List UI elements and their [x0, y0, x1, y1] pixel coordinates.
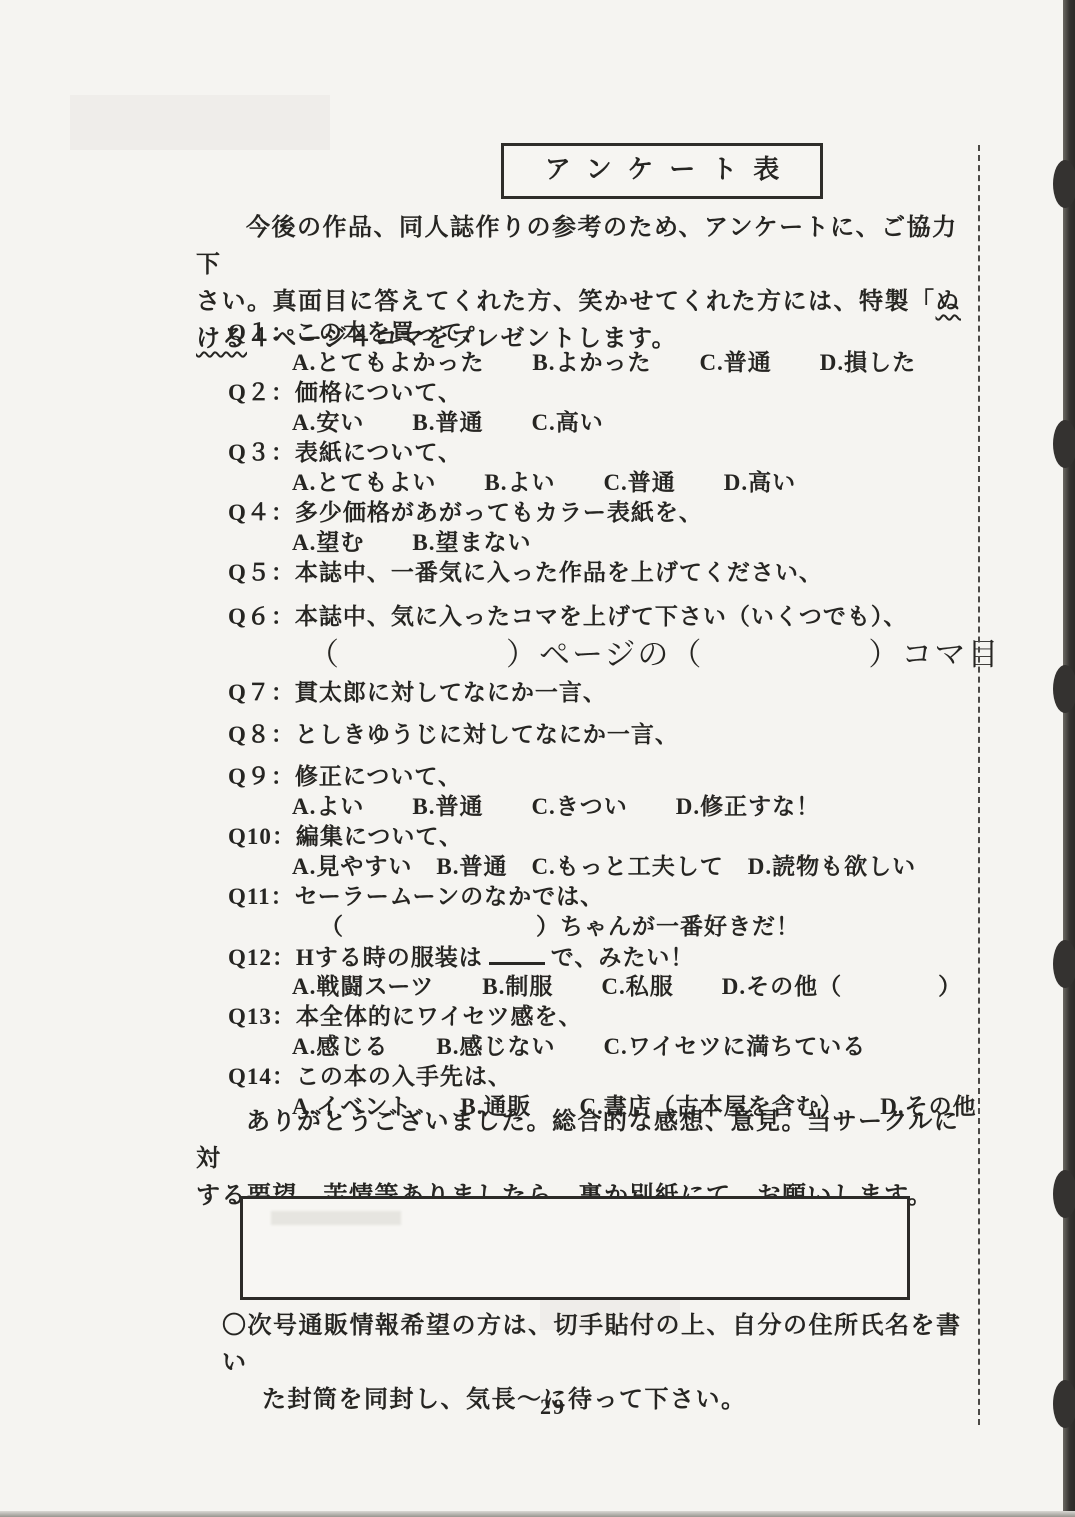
- question-q1-prompt: Q１：この本を買って、: [228, 318, 973, 348]
- question-q12-options: A.戦闘スーツ B.制服 C.私服 D.その他（ ）: [228, 972, 973, 1002]
- footer-note: 〇次号通販情報希望の方は、切手貼付の上、自分の住所氏名を書い た封筒を同封し、気…: [222, 1308, 982, 1419]
- question-q8-prompt: Q８：としきゆうじに対してなにか一言、: [228, 720, 973, 750]
- scan-edge: [0, 1511, 1075, 1517]
- dashed-cut-line: [978, 145, 980, 1425]
- scan-edge: [1063, 0, 1075, 1517]
- scan-streak: [70, 95, 330, 150]
- intro-line: 今後の作品、同人誌作りの参考のため、アンケートに、ご協力下: [196, 210, 971, 284]
- question-q9-prompt: Q９：修正について、: [228, 762, 973, 792]
- question-q12-prompt: Q12：Hする時の服装はで、みたい！: [228, 942, 973, 972]
- scan-edge-bump: [1053, 420, 1075, 468]
- scan-edge-bump: [1053, 940, 1075, 988]
- wavy-underlined-text: ぬ: [936, 289, 962, 315]
- erased-address-smudge: [271, 1211, 401, 1225]
- footer-note-line: た封筒を同封し、気長〜に待って下さい。: [222, 1382, 982, 1419]
- question-q5-prompt: Q５：本誌中、一番気に入った作品を上げてください、: [228, 558, 973, 588]
- question-q2-prompt: Q２：価格について、: [228, 378, 973, 408]
- question-q10-prompt: Q10：編集について、: [228, 822, 973, 852]
- page-number: 29: [540, 1394, 566, 1420]
- question-q2-options: A.安い B.普通 C.高い: [228, 408, 973, 438]
- page-title: アンケート表: [501, 143, 823, 199]
- question-q4-options: A.望む B.望まない: [228, 528, 973, 558]
- question-q7-prompt: Q７：貫太郎に対してなにか一言、: [228, 678, 973, 708]
- question-q4-prompt: Q４：多少価格があがってもカラー表紙を、: [228, 498, 973, 528]
- question-q10-options: A.見やすい B.普通 C.もっと工夫して D.読物も欲しい: [228, 852, 973, 882]
- question-q9-options: A.よい B.普通 C.きつい D.修正すな！: [228, 792, 973, 822]
- question-q13-prompt: Q13：本全体的にワイセツ感を、: [228, 1002, 973, 1032]
- scan-edge-bump: [1053, 160, 1075, 208]
- question-q11-fill-line: （ ）ちゃんが一番好きだ！: [228, 912, 973, 942]
- question-q3-options: A.とてもよい B.よい C.普通 D.高い: [228, 468, 973, 498]
- thanks-line: ありがとうございました。総合的な感想、意見。当サークルに対: [196, 1104, 976, 1178]
- intro-line: さい。真面目に答えてくれた方、笑かせてくれた方には、特製「ぬ: [196, 284, 971, 321]
- q12-blank-line: [489, 942, 545, 965]
- address-box: [240, 1196, 910, 1300]
- question-q14-prompt: Q14：この本の入手先は、: [228, 1062, 973, 1092]
- scan-edge-bump: [1053, 1170, 1075, 1218]
- question-q1-options: A.とてもよかった B.よかった C.普通 D.損した: [228, 348, 973, 378]
- question-q6-fill-line: （ ）ページの（ ）コマ目: [228, 632, 973, 678]
- question-q13-options: A.感じる B.感じない C.ワイセツに満ちている: [228, 1032, 973, 1062]
- scan-edge-bump: [1053, 665, 1075, 713]
- footer-note-line: 〇次号通販情報希望の方は、切手貼付の上、自分の住所氏名を書い: [222, 1308, 982, 1382]
- scanned-questionnaire-page: アンケート表 今後の作品、同人誌作りの参考のため、アンケートに、ご協力下 さい。…: [0, 0, 1075, 1517]
- question-list: Q１：この本を買って、 A.とてもよかった B.よかった C.普通 D.損した …: [228, 318, 973, 1122]
- scan-edge-bump: [1053, 1380, 1075, 1428]
- question-q11-prompt: Q11：セーラームーンのなかでは、: [228, 882, 973, 912]
- question-q6-prompt: Q６：本誌中、気に入ったコマを上げて下さい（いくつでも）、: [228, 602, 973, 632]
- question-q3-prompt: Q３：表紙について、: [228, 438, 973, 468]
